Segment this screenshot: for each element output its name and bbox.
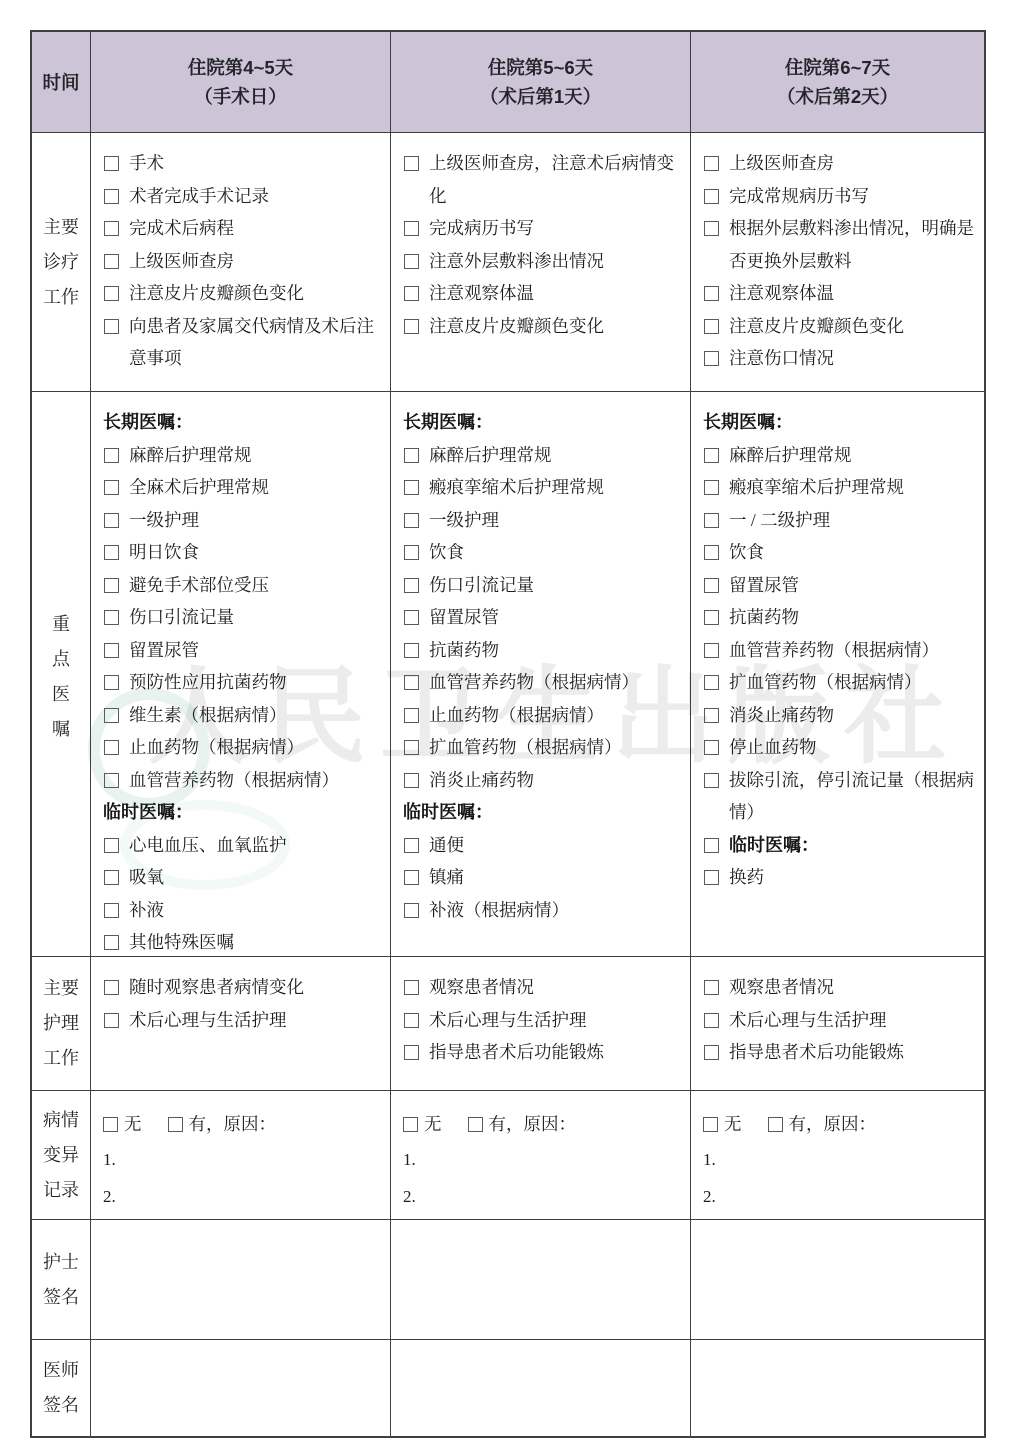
checkbox-icon <box>404 513 419 528</box>
item-text: 随时观察患者病情变化 <box>129 971 304 1004</box>
checklist-item: 注意观察体温 <box>703 277 976 310</box>
checkbox-icon <box>104 513 119 528</box>
row-label-line: 病情 <box>43 1103 79 1138</box>
checklist-item: 预防性应用抗菌药物 <box>103 666 382 699</box>
checkbox-icon <box>404 221 419 236</box>
checkbox-icon <box>404 286 419 301</box>
row-label-line: 主要 <box>43 210 79 245</box>
checkbox-icon <box>104 980 119 995</box>
checkbox-icon <box>104 189 119 204</box>
checkbox-icon <box>104 708 119 723</box>
item-text: 注意伤口情况 <box>729 342 834 375</box>
checklist-item: 麻醉后护理常规 <box>703 439 976 472</box>
checkbox-icon <box>404 1045 419 1060</box>
item-text: 维生素（根据病情） <box>129 699 287 732</box>
item-text: 补液 <box>129 894 164 927</box>
variation-number: 1. <box>103 1141 382 1178</box>
checkbox-icon <box>404 980 419 995</box>
header-col-line1: 住院第6~7天 <box>785 53 890 82</box>
checklist-item: 指导患者术后功能锻炼 <box>703 1036 976 1069</box>
variation-options: 无有，原因： <box>103 1107 382 1141</box>
checkbox-icon <box>104 286 119 301</box>
checklist-item: 停止血药物 <box>703 731 976 764</box>
item-text: 上级医师查房 <box>729 147 834 180</box>
item-text: 麻醉后护理常规 <box>129 439 252 472</box>
checkbox-icon <box>104 675 119 690</box>
checklist-item: 麻醉后护理常规 <box>103 439 382 472</box>
item-text: 麻醉后护理常规 <box>429 439 552 472</box>
item-text: 消炎止痛药物 <box>729 699 834 732</box>
item-text: 临时医嘱： <box>103 796 193 829</box>
item-text: 麻醉后护理常规 <box>729 439 852 472</box>
checkbox-icon <box>104 254 119 269</box>
variation-no-label: 无 <box>724 1107 742 1141</box>
checkbox-icon <box>704 980 719 995</box>
checkbox-icon <box>104 773 119 788</box>
checkbox-icon <box>404 254 419 269</box>
cell-main-nursing-col1: 随时观察患者病情变化术后心理与生活护理 <box>90 957 390 1090</box>
variation-number: 2. <box>103 1178 382 1215</box>
checklist-item: 完成术后病程 <box>103 212 382 245</box>
item-text: 术后心理与生活护理 <box>129 1004 287 1037</box>
variation-number: 1. <box>403 1141 682 1178</box>
checkbox-icon <box>704 838 719 853</box>
checkbox-icon <box>404 708 419 723</box>
header-time-cell: 时间 <box>32 32 90 132</box>
checkbox-icon <box>404 1013 419 1028</box>
checklist-item: 上级医师查房 <box>103 245 382 278</box>
checkbox-icon <box>404 448 419 463</box>
row-label-line: 诊疗 <box>43 245 79 280</box>
item-text: 血管营养药物（根据病情） <box>429 666 639 699</box>
checklist-item: 观察患者情况 <box>703 971 976 1004</box>
checklist-item: 完成病历书写 <box>403 212 682 245</box>
header-col-3: 住院第6~7天（术后第2天） <box>690 32 984 132</box>
checkbox-icon <box>704 221 719 236</box>
item-text: 止血药物（根据病情） <box>429 699 604 732</box>
row-label-main-treatment: 主要诊疗工作 <box>32 133 90 391</box>
checklist-item: 抗菌药物 <box>703 601 976 634</box>
item-text: 血管营养药物（根据病情） <box>729 634 939 667</box>
row-label-line: 工作 <box>43 280 79 315</box>
row-label-nurse-sign: 护士签名 <box>32 1220 90 1339</box>
cell-doctor-sign-col2 <box>390 1340 690 1436</box>
variation-yes-label: 有，原因： <box>189 1107 277 1141</box>
header-col-line1: 住院第4~5天 <box>188 53 293 82</box>
cell-doctor-sign-col1 <box>90 1340 390 1436</box>
row-label-line: 重 <box>52 607 70 642</box>
row-variation: 病情变异记录无有，原因：1.2.无有，原因：1.2.无有，原因：1.2. <box>32 1090 984 1219</box>
item-text: 上级医师查房，注意术后病情变化 <box>429 147 682 212</box>
variation-option-no: 无 <box>103 1107 142 1141</box>
item-text: 全麻术后护理常规 <box>129 471 269 504</box>
header-col-1: 住院第4~5天（手术日） <box>90 32 390 132</box>
row-label-line: 医师 <box>43 1353 79 1388</box>
variation-number: 2. <box>403 1178 682 1215</box>
variation-yes-label: 有，原因： <box>489 1107 577 1141</box>
clinical-pathway-table: 时间住院第4~5天（手术日）住院第5~6天（术后第1天）住院第6~7天（术后第2… <box>30 30 986 1438</box>
checklist-item: 消炎止痛药物 <box>703 699 976 732</box>
checkbox-icon <box>704 643 719 658</box>
item-text: 临时医嘱： <box>729 829 819 862</box>
checkbox-icon <box>404 675 419 690</box>
checkbox-icon <box>104 610 119 625</box>
checklist-item: 饮食 <box>403 536 682 569</box>
item-text: 一级护理 <box>429 504 499 537</box>
item-text: 抗菌药物 <box>429 634 499 667</box>
checkbox-icon <box>104 935 119 950</box>
checkbox-icon <box>404 610 419 625</box>
checklist-item: 根据外层敷料渗出情况，明确是否更换外层敷料 <box>703 212 976 277</box>
item-text: 术者完成手术记录 <box>129 180 269 213</box>
item-text: 完成常规病历书写 <box>729 180 869 213</box>
cell-variation-col3: 无有，原因：1.2. <box>690 1091 984 1219</box>
item-text: 长期医嘱： <box>103 406 193 439</box>
checkbox-icon <box>704 319 719 334</box>
checklist-item: 术者完成手术记录 <box>103 180 382 213</box>
checkbox-icon <box>703 1117 718 1132</box>
variation-no-label: 无 <box>124 1107 142 1141</box>
item-text: 向患者及家属交代病情及术后注意事项 <box>129 310 382 375</box>
item-text: 注意外层敷料渗出情况 <box>429 245 604 278</box>
cell-main-nursing-col2: 观察患者情况术后心理与生活护理指导患者术后功能锻炼 <box>390 957 690 1090</box>
checklist-item: 吸氧 <box>103 861 382 894</box>
item-text: 术后心理与生活护理 <box>429 1004 587 1037</box>
item-text: 消炎止痛药物 <box>429 764 534 797</box>
checkbox-icon <box>104 1013 119 1028</box>
header-col-line2: （术后第2天） <box>777 82 898 111</box>
item-text: 观察患者情况 <box>729 971 834 1004</box>
item-text: 一级护理 <box>129 504 199 537</box>
cell-variation-col2: 无有，原因：1.2. <box>390 1091 690 1219</box>
checklist-item: 一级护理 <box>403 504 682 537</box>
checklist-item: 术后心理与生活护理 <box>103 1004 382 1037</box>
item-text: 完成病历书写 <box>429 212 534 245</box>
checklist-item: 上级医师查房 <box>703 147 976 180</box>
checkbox-icon <box>104 545 119 560</box>
item-text: 其他特殊医嘱 <box>129 926 234 959</box>
checkbox-icon <box>704 189 719 204</box>
item-text: 一 / 二级护理 <box>729 504 830 537</box>
checklist-item: 上级医师查房，注意术后病情变化 <box>403 147 682 212</box>
checklist-item: 补液 <box>103 894 382 927</box>
item-text: 避免手术部位受压 <box>129 569 269 602</box>
checkbox-icon <box>104 903 119 918</box>
row-label-key-orders: 重点医嘱 <box>32 392 90 963</box>
checklist-item: 瘢痕挛缩术后护理常规 <box>403 471 682 504</box>
checklist-item: 完成常规病历书写 <box>703 180 976 213</box>
item-text: 注意皮片皮瓣颜色变化 <box>729 310 904 343</box>
checklist-item: 向患者及家属交代病情及术后注意事项 <box>103 310 382 375</box>
checklist-item: 心电血压、血氧监护 <box>103 829 382 862</box>
item-text: 留置尿管 <box>429 601 499 634</box>
checklist-item: 留置尿管 <box>403 601 682 634</box>
cell-key-orders-col1: 长期医嘱：麻醉后护理常规全麻术后护理常规一级护理明日饮食避免手术部位受压伤口引流… <box>90 392 390 963</box>
checklist-item: 饮食 <box>703 536 976 569</box>
variation-number: 1. <box>703 1141 976 1178</box>
checklist-item: 血管营养药物（根据病情） <box>403 666 682 699</box>
checkbox-icon <box>704 870 719 885</box>
checkbox-icon <box>704 513 719 528</box>
checklist-item: 手术 <box>103 147 382 180</box>
checkbox-icon <box>404 740 419 755</box>
item-text: 观察患者情况 <box>429 971 534 1004</box>
item-text: 拔除引流，停引流记量（根据病情） <box>729 764 976 829</box>
checkbox-icon <box>704 545 719 560</box>
checklist-item: 注意皮片皮瓣颜色变化 <box>103 277 382 310</box>
checkbox-icon <box>104 870 119 885</box>
checkbox-icon <box>103 1117 118 1132</box>
checklist-item: 留置尿管 <box>703 569 976 602</box>
row-label-line: 主要 <box>43 971 79 1006</box>
item-text: 注意观察体温 <box>729 277 834 310</box>
checklist-item: 避免手术部位受压 <box>103 569 382 602</box>
checklist-item: 换药 <box>703 861 976 894</box>
checklist-item: 止血药物（根据病情） <box>103 731 382 764</box>
checklist-item: 一级护理 <box>103 504 382 537</box>
checkbox-icon <box>704 448 719 463</box>
checklist-item: 止血药物（根据病情） <box>403 699 682 732</box>
checkbox-icon <box>404 643 419 658</box>
cell-main-treatment-col3: 上级医师查房完成常规病历书写根据外层敷料渗出情况，明确是否更换外层敷料注意观察体… <box>690 133 984 391</box>
checkbox-icon <box>168 1117 183 1132</box>
row-label-variation: 病情变异记录 <box>32 1091 90 1219</box>
item-text: 补液（根据病情） <box>429 894 569 927</box>
checklist-item: 指导患者术后功能锻炼 <box>403 1036 682 1069</box>
checkbox-icon <box>704 610 719 625</box>
cell-variation-col1: 无有，原因：1.2. <box>90 1091 390 1219</box>
item-text: 指导患者术后功能锻炼 <box>429 1036 604 1069</box>
row-label-line: 记录 <box>43 1173 79 1208</box>
cell-main-nursing-col3: 观察患者情况术后心理与生活护理指导患者术后功能锻炼 <box>690 957 984 1090</box>
item-text: 注意皮片皮瓣颜色变化 <box>429 310 604 343</box>
checkbox-icon <box>104 221 119 236</box>
item-text: 伤口引流记量 <box>129 601 234 634</box>
cell-nurse-sign-col2 <box>390 1220 690 1339</box>
checklist-item: 注意伤口情况 <box>703 342 976 375</box>
checkbox-icon <box>404 870 419 885</box>
orders-heading: 临时医嘱： <box>103 796 382 829</box>
item-text: 血管营养药物（根据病情） <box>129 764 339 797</box>
item-text: 换药 <box>729 861 764 894</box>
row-label-line: 嘱 <box>52 712 70 747</box>
checkbox-icon <box>404 578 419 593</box>
checkbox-icon <box>404 773 419 788</box>
variation-option-no: 无 <box>703 1107 742 1141</box>
cell-nurse-sign-col1 <box>90 1220 390 1339</box>
row-label-line: 工作 <box>43 1041 79 1076</box>
item-text: 饮食 <box>429 536 464 569</box>
item-text: 明日饮食 <box>129 536 199 569</box>
row-label-main-nursing: 主要护理工作 <box>32 957 90 1090</box>
checklist-item: 拔除引流，停引流记量（根据病情） <box>703 764 976 829</box>
item-text: 抗菌药物 <box>729 601 799 634</box>
row-label-line: 签名 <box>43 1388 79 1423</box>
header-col-line2: （手术日） <box>194 82 287 111</box>
checklist-item: 一 / 二级护理 <box>703 504 976 537</box>
checklist-item: 临时医嘱： <box>703 829 976 862</box>
row-label-line: 点 <box>52 642 70 677</box>
checklist-item: 其他特殊医嘱 <box>103 926 382 959</box>
item-text: 瘢痕挛缩术后护理常规 <box>729 471 904 504</box>
variation-option-no: 无 <box>403 1107 442 1141</box>
checkbox-icon <box>404 156 419 171</box>
row-main-treatment: 主要诊疗工作手术术者完成手术记录完成术后病程上级医师查房注意皮片皮瓣颜色变化向患… <box>32 132 984 391</box>
cell-key-orders-col3: 长期医嘱：麻醉后护理常规瘢痕挛缩术后护理常规一 / 二级护理饮食留置尿管抗菌药物… <box>690 392 984 963</box>
variation-options: 无有，原因： <box>403 1107 682 1141</box>
checkbox-icon <box>104 319 119 334</box>
checkbox-icon <box>704 708 719 723</box>
orders-heading: 长期医嘱： <box>703 406 976 439</box>
cell-main-treatment-col1: 手术术者完成手术记录完成术后病程上级医师查房注意皮片皮瓣颜色变化向患者及家属交代… <box>90 133 390 391</box>
checkbox-icon <box>704 578 719 593</box>
checkbox-icon <box>404 480 419 495</box>
item-text: 长期医嘱： <box>403 406 493 439</box>
item-text: 术后心理与生活护理 <box>729 1004 887 1037</box>
checklist-item: 瘢痕挛缩术后护理常规 <box>703 471 976 504</box>
checklist-item: 注意皮片皮瓣颜色变化 <box>703 310 976 343</box>
checkbox-icon <box>104 838 119 853</box>
header-time-label: 时间 <box>42 68 79 97</box>
checkbox-icon <box>404 319 419 334</box>
variation-no-label: 无 <box>424 1107 442 1141</box>
checklist-item: 观察患者情况 <box>403 971 682 1004</box>
checklist-item: 明日饮食 <box>103 536 382 569</box>
row-label-line: 医 <box>52 677 70 712</box>
checkbox-icon <box>704 351 719 366</box>
item-text: 镇痛 <box>429 861 464 894</box>
checklist-item: 扩血管药物（根据病情） <box>703 666 976 699</box>
variation-number: 2. <box>703 1178 976 1215</box>
checklist-item: 注意观察体温 <box>403 277 682 310</box>
checkbox-icon <box>104 578 119 593</box>
checklist-item: 扩血管药物（根据病情） <box>403 731 682 764</box>
checkbox-icon <box>768 1117 783 1132</box>
row-doctor-sign: 医师签名 <box>32 1339 984 1436</box>
orders-heading: 长期医嘱： <box>103 406 382 439</box>
item-text: 注意皮片皮瓣颜色变化 <box>129 277 304 310</box>
row-label-line: 签名 <box>43 1280 79 1315</box>
row-key-orders: 重点医嘱长期医嘱：麻醉后护理常规全麻术后护理常规一级护理明日饮食避免手术部位受压… <box>32 391 984 956</box>
checkbox-icon <box>704 480 719 495</box>
checklist-item: 镇痛 <box>403 861 682 894</box>
checklist-item: 伤口引流记量 <box>103 601 382 634</box>
variation-option-yes: 有，原因： <box>768 1107 877 1141</box>
item-text: 上级医师查房 <box>129 245 234 278</box>
checkbox-icon <box>104 156 119 171</box>
item-text: 手术 <box>129 147 164 180</box>
checkbox-icon <box>704 286 719 301</box>
checklist-item: 注意外层敷料渗出情况 <box>403 245 682 278</box>
variation-yes-label: 有，原因： <box>789 1107 877 1141</box>
row-nurse-sign: 护士签名 <box>32 1219 984 1339</box>
checklist-item: 全麻术后护理常规 <box>103 471 382 504</box>
item-text: 注意观察体温 <box>429 277 534 310</box>
checkbox-icon <box>104 480 119 495</box>
item-text: 停止血药物 <box>729 731 817 764</box>
checklist-item: 补液（根据病情） <box>403 894 682 927</box>
checklist-item: 抗菌药物 <box>403 634 682 667</box>
checkbox-icon <box>704 1045 719 1060</box>
orders-heading: 长期医嘱： <box>403 406 682 439</box>
cell-main-treatment-col2: 上级医师查房，注意术后病情变化完成病历书写注意外层敷料渗出情况注意观察体温注意皮… <box>390 133 690 391</box>
row-label-doctor-sign: 医师签名 <box>32 1340 90 1436</box>
checklist-item: 消炎止痛药物 <box>403 764 682 797</box>
checkbox-icon <box>404 903 419 918</box>
cell-nurse-sign-col3 <box>690 1220 984 1339</box>
checkbox-icon <box>104 740 119 755</box>
item-text: 饮食 <box>729 536 764 569</box>
item-text: 长期医嘱： <box>703 406 793 439</box>
checkbox-icon <box>704 675 719 690</box>
checkbox-icon <box>104 643 119 658</box>
checkbox-icon <box>104 448 119 463</box>
checkbox-icon <box>404 545 419 560</box>
checkbox-icon <box>704 740 719 755</box>
row-label-line: 护理 <box>43 1006 79 1041</box>
checklist-item: 术后心理与生活护理 <box>403 1004 682 1037</box>
item-text: 临时医嘱： <box>403 796 493 829</box>
checkbox-icon <box>704 156 719 171</box>
checklist-item: 术后心理与生活护理 <box>703 1004 976 1037</box>
checklist-item: 血管营养药物（根据病情） <box>703 634 976 667</box>
item-text: 留置尿管 <box>129 634 199 667</box>
row-label-line: 变异 <box>43 1138 79 1173</box>
variation-options: 无有，原因： <box>703 1107 976 1141</box>
item-text: 通便 <box>429 829 464 862</box>
checklist-item: 麻醉后护理常规 <box>403 439 682 472</box>
item-text: 止血药物（根据病情） <box>129 731 304 764</box>
item-text: 扩血管药物（根据病情） <box>429 731 622 764</box>
variation-option-yes: 有，原因： <box>468 1107 577 1141</box>
cell-doctor-sign-col3 <box>690 1340 984 1436</box>
item-text: 留置尿管 <box>729 569 799 602</box>
checkbox-icon <box>468 1117 483 1132</box>
item-text: 瘢痕挛缩术后护理常规 <box>429 471 604 504</box>
header-col-line1: 住院第5~6天 <box>488 53 593 82</box>
checklist-item: 通便 <box>403 829 682 862</box>
item-text: 指导患者术后功能锻炼 <box>729 1036 904 1069</box>
table-header-row: 时间住院第4~5天（手术日）住院第5~6天（术后第1天）住院第6~7天（术后第2… <box>32 32 984 132</box>
header-col-line2: （术后第1天） <box>480 82 601 111</box>
item-text: 心电血压、血氧监护 <box>129 829 287 862</box>
variation-option-yes: 有，原因： <box>168 1107 277 1141</box>
item-text: 完成术后病程 <box>129 212 234 245</box>
checkbox-icon <box>704 1013 719 1028</box>
checkbox-icon <box>403 1117 418 1132</box>
checklist-item: 注意皮片皮瓣颜色变化 <box>403 310 682 343</box>
item-text: 根据外层敷料渗出情况，明确是否更换外层敷料 <box>729 212 976 277</box>
item-text: 扩血管药物（根据病情） <box>729 666 922 699</box>
checklist-item: 伤口引流记量 <box>403 569 682 602</box>
orders-heading: 临时医嘱： <box>403 796 682 829</box>
item-text: 预防性应用抗菌药物 <box>129 666 287 699</box>
checklist-item: 留置尿管 <box>103 634 382 667</box>
row-label-line: 护士 <box>43 1245 79 1280</box>
checklist-item: 随时观察患者病情变化 <box>103 971 382 1004</box>
item-text: 吸氧 <box>129 861 164 894</box>
checkbox-icon <box>404 838 419 853</box>
row-main-nursing: 主要护理工作随时观察患者病情变化术后心理与生活护理观察患者情况术后心理与生活护理… <box>32 956 984 1090</box>
checkbox-icon <box>704 773 719 788</box>
item-text: 伤口引流记量 <box>429 569 534 602</box>
header-col-2: 住院第5~6天（术后第1天） <box>390 32 690 132</box>
checklist-item: 维生素（根据病情） <box>103 699 382 732</box>
cell-key-orders-col2: 长期医嘱：麻醉后护理常规瘢痕挛缩术后护理常规一级护理饮食伤口引流记量留置尿管抗菌… <box>390 392 690 963</box>
checklist-item: 血管营养药物（根据病情） <box>103 764 382 797</box>
